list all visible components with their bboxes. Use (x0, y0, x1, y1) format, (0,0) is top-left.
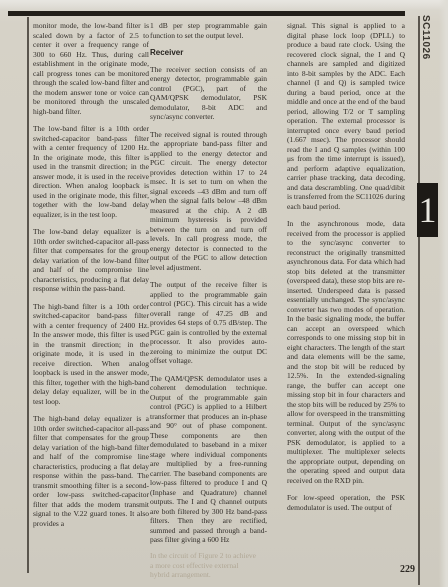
scan-edge-highlight-right (439, 0, 448, 587)
paragraph: The QAM/QPSK demodulator uses a coherent… (150, 374, 267, 545)
left-margin-rule (27, 17, 29, 573)
page-number: 229 (287, 564, 415, 575)
paragraph: monitor mode, the low-band filter is sca… (33, 21, 149, 116)
section-heading-receiver: Receiver (150, 48, 267, 58)
paragraph: The received signal is routed through th… (150, 130, 267, 273)
text-column-3: signal. This signal is applied to a digi… (287, 21, 405, 512)
scan-edge-highlight (0, 0, 448, 10)
paragraph: signal. This signal is applied to a digi… (287, 21, 405, 211)
right-margin-rule (418, 16, 420, 585)
bleed-through-ghost-text: In the circuit of Figure 2 to achieve a … (150, 551, 275, 580)
section-tab-number: 1 (419, 192, 437, 228)
paragraph: The low-band delay equalizer is a 10th o… (33, 227, 149, 294)
text-column-2: 1 dB per step programmable gain function… (150, 21, 267, 545)
paragraph: The low-band filter is a 10th order swit… (33, 124, 149, 219)
paragraph: For low-speed operation, the PSK demodul… (287, 493, 405, 512)
paragraph: The receiver section consists of an ener… (150, 65, 267, 122)
chip-part-number-vertical-label: SC11026 (420, 15, 431, 75)
paragraph: The output of the receive filter is appl… (150, 280, 267, 366)
paragraph: 1 dB per step programmable gain function… (150, 21, 267, 40)
paragraph: The high-band filter is a 10th order swi… (33, 302, 149, 407)
section-tab-marker: 1 (417, 183, 438, 237)
text-column-1: monitor mode, the low-band filter is sca… (33, 21, 149, 528)
paragraph: The high-band delay equalizer is a 10th … (33, 414, 149, 528)
paragraph: In the asynchronous mode, data received … (287, 219, 405, 485)
scanned-datasheet-page: { "page": { "number": "229", "chip_label… (0, 0, 448, 587)
header-rule (8, 11, 405, 16)
